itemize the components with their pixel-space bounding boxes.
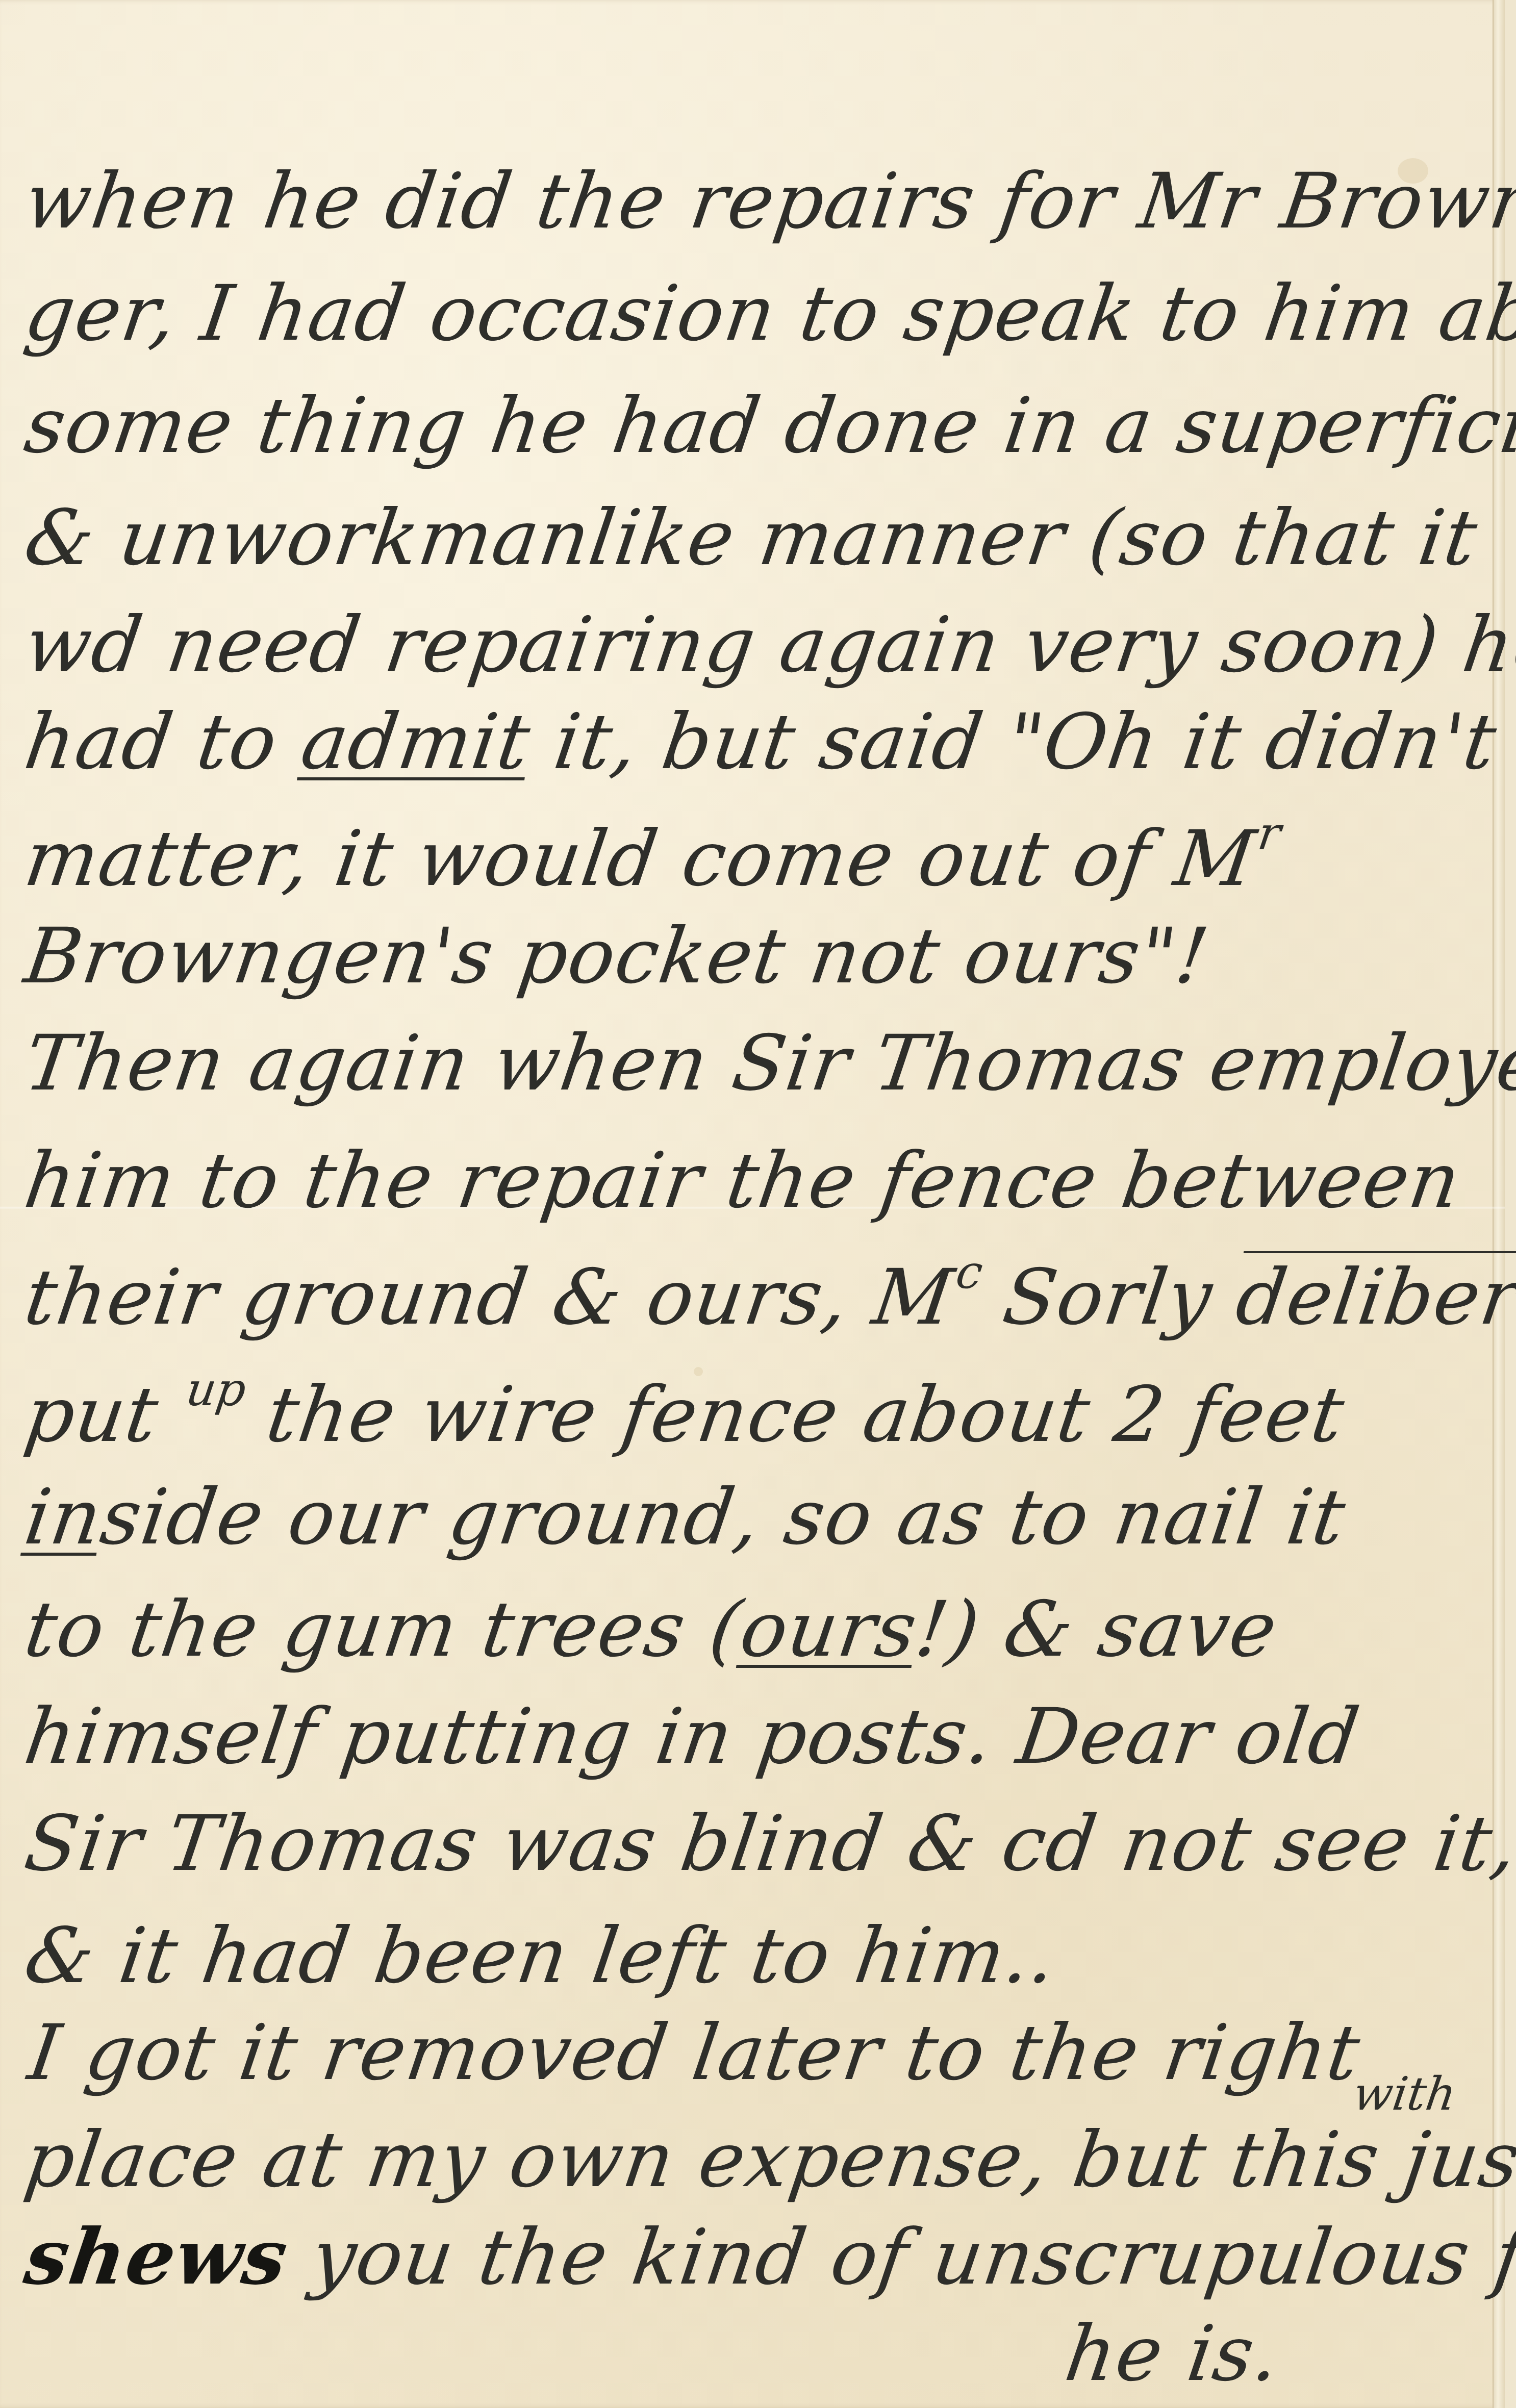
interlinear-insertion: up [183, 1363, 249, 1416]
line-text: I got it removed later to the right [23, 2009, 1366, 2097]
corrected-word: shews [19, 2212, 293, 2302]
manuscript-line-15: himself putting in posts. Dear old [20, 1699, 1365, 1775]
line-text: put [19, 1371, 189, 1459]
manuscript-line-19: place at my own expense, but this just [20, 2122, 1516, 2198]
line-text: had to [19, 698, 308, 787]
manuscript-line-1: when he did the repairs for Mr Brown- [20, 163, 1516, 240]
manuscript-line-16: Sir Thomas was blind & cd not see it, [20, 1806, 1516, 1882]
manuscript-line-14: to the gum trees (ours!) & save [20, 1591, 1282, 1668]
manuscript-line-10: him to the repair the fence between [20, 1143, 1466, 1219]
manuscript-line-12: put up the wire fence about 2 feet [20, 1367, 1351, 1453]
manuscript-line-5: wd need repairing again very soon) he [20, 607, 1516, 683]
letter-page: when he did the repairs for Mr Brown- ge… [0, 0, 1505, 2408]
line-text: their ground & ours, M [19, 1253, 959, 1342]
manuscript-line-3: some thing he had done in a superficial [20, 388, 1516, 464]
manuscript-line-21: he is. [1061, 2316, 1285, 2392]
manuscript-line-4: & unworkmanlike manner (so that it [20, 500, 1482, 576]
line-text: side our ground, so as to nail it [95, 1473, 1351, 1562]
line-text: the wire fence about 2 feet [236, 1371, 1350, 1459]
manuscript-line-9: Then again when Sir Thomas employed [20, 1025, 1516, 1102]
manuscript-line-2: ger, I had occasion to speak to him abou… [20, 275, 1516, 352]
manuscript-line-8: Browngen's pocket not ours"! [20, 918, 1214, 995]
manuscript-line-6: had to admit it, but said "Oh it didn't [20, 704, 1501, 780]
line-text: it, but said "Oh it didn't [523, 698, 1502, 787]
manuscript-line-7: matter, it would come out of Mr [20, 811, 1283, 897]
underlined-word: ours [735, 1585, 923, 1674]
line-text: to the gum trees ( [19, 1585, 747, 1674]
manuscript-line-17: & it had been left to him.. [20, 1918, 1061, 1994]
line-text: matter, it would come out of M [19, 815, 1261, 903]
line-text: !) & save [911, 1585, 1283, 1674]
interlinear-insertion: with [1350, 2067, 1459, 2121]
manuscript-line-13: inside our ground, so as to nail it [20, 1479, 1350, 1556]
underlined-word: admit [296, 698, 536, 787]
overlined-word: deliberately [1231, 1253, 1516, 1342]
line-text: Sorly [972, 1253, 1243, 1342]
manuscript-line-20: shews you the kind of unscrupulous fello… [20, 2219, 1516, 2296]
manuscript-line-18: I got it removed later to the rightwith [20, 2015, 1467, 2117]
underlined-word: in [19, 1473, 108, 1562]
paper-edge [1493, 0, 1505, 2408]
manuscript-line-11: their ground & ours, Mc Sorly deliberate… [20, 1250, 1516, 1336]
line-text: you the kind of unscrupulous fellow [281, 2213, 1516, 2302]
